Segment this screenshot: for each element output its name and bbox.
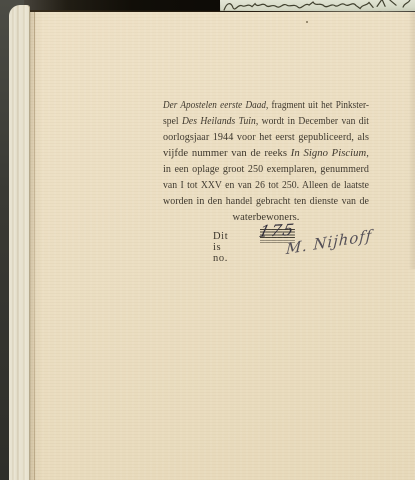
- colophon-line: oorlogsjaar 1944 voor het eerst gepublic…: [163, 130, 369, 146]
- copy-number-label: Dit is no.: [213, 231, 228, 264]
- colophon-text: Der Apostelen eerste Daad, fragment uit …: [163, 98, 369, 226]
- colophon-line: spel Des Heilands Tuin, wordt in Decembe…: [163, 114, 369, 130]
- deckled-page-edges: [9, 5, 30, 480]
- book-page-photo: Der Apostelen eerste Daad, fragment uit …: [0, 0, 415, 480]
- colophon-page: Der Apostelen eerste Daad, fragment uit …: [30, 12, 415, 480]
- gutter-crease: [34, 12, 35, 480]
- colophon-line: van I tot XXV en van 26 tot 250. Alleen …: [163, 178, 369, 194]
- colophon-line: in een oplage groot 250 exemplaren, genu…: [163, 162, 369, 178]
- colophon-line: worden in den handel gebracht ten dienst…: [163, 194, 369, 210]
- paper-speck: [306, 21, 308, 23]
- colophon-line: vijfde nummer van de reeks In Signo Pisc…: [163, 146, 369, 162]
- colophon-line: Der Apostelen eerste Daad, fragment uit …: [163, 98, 369, 114]
